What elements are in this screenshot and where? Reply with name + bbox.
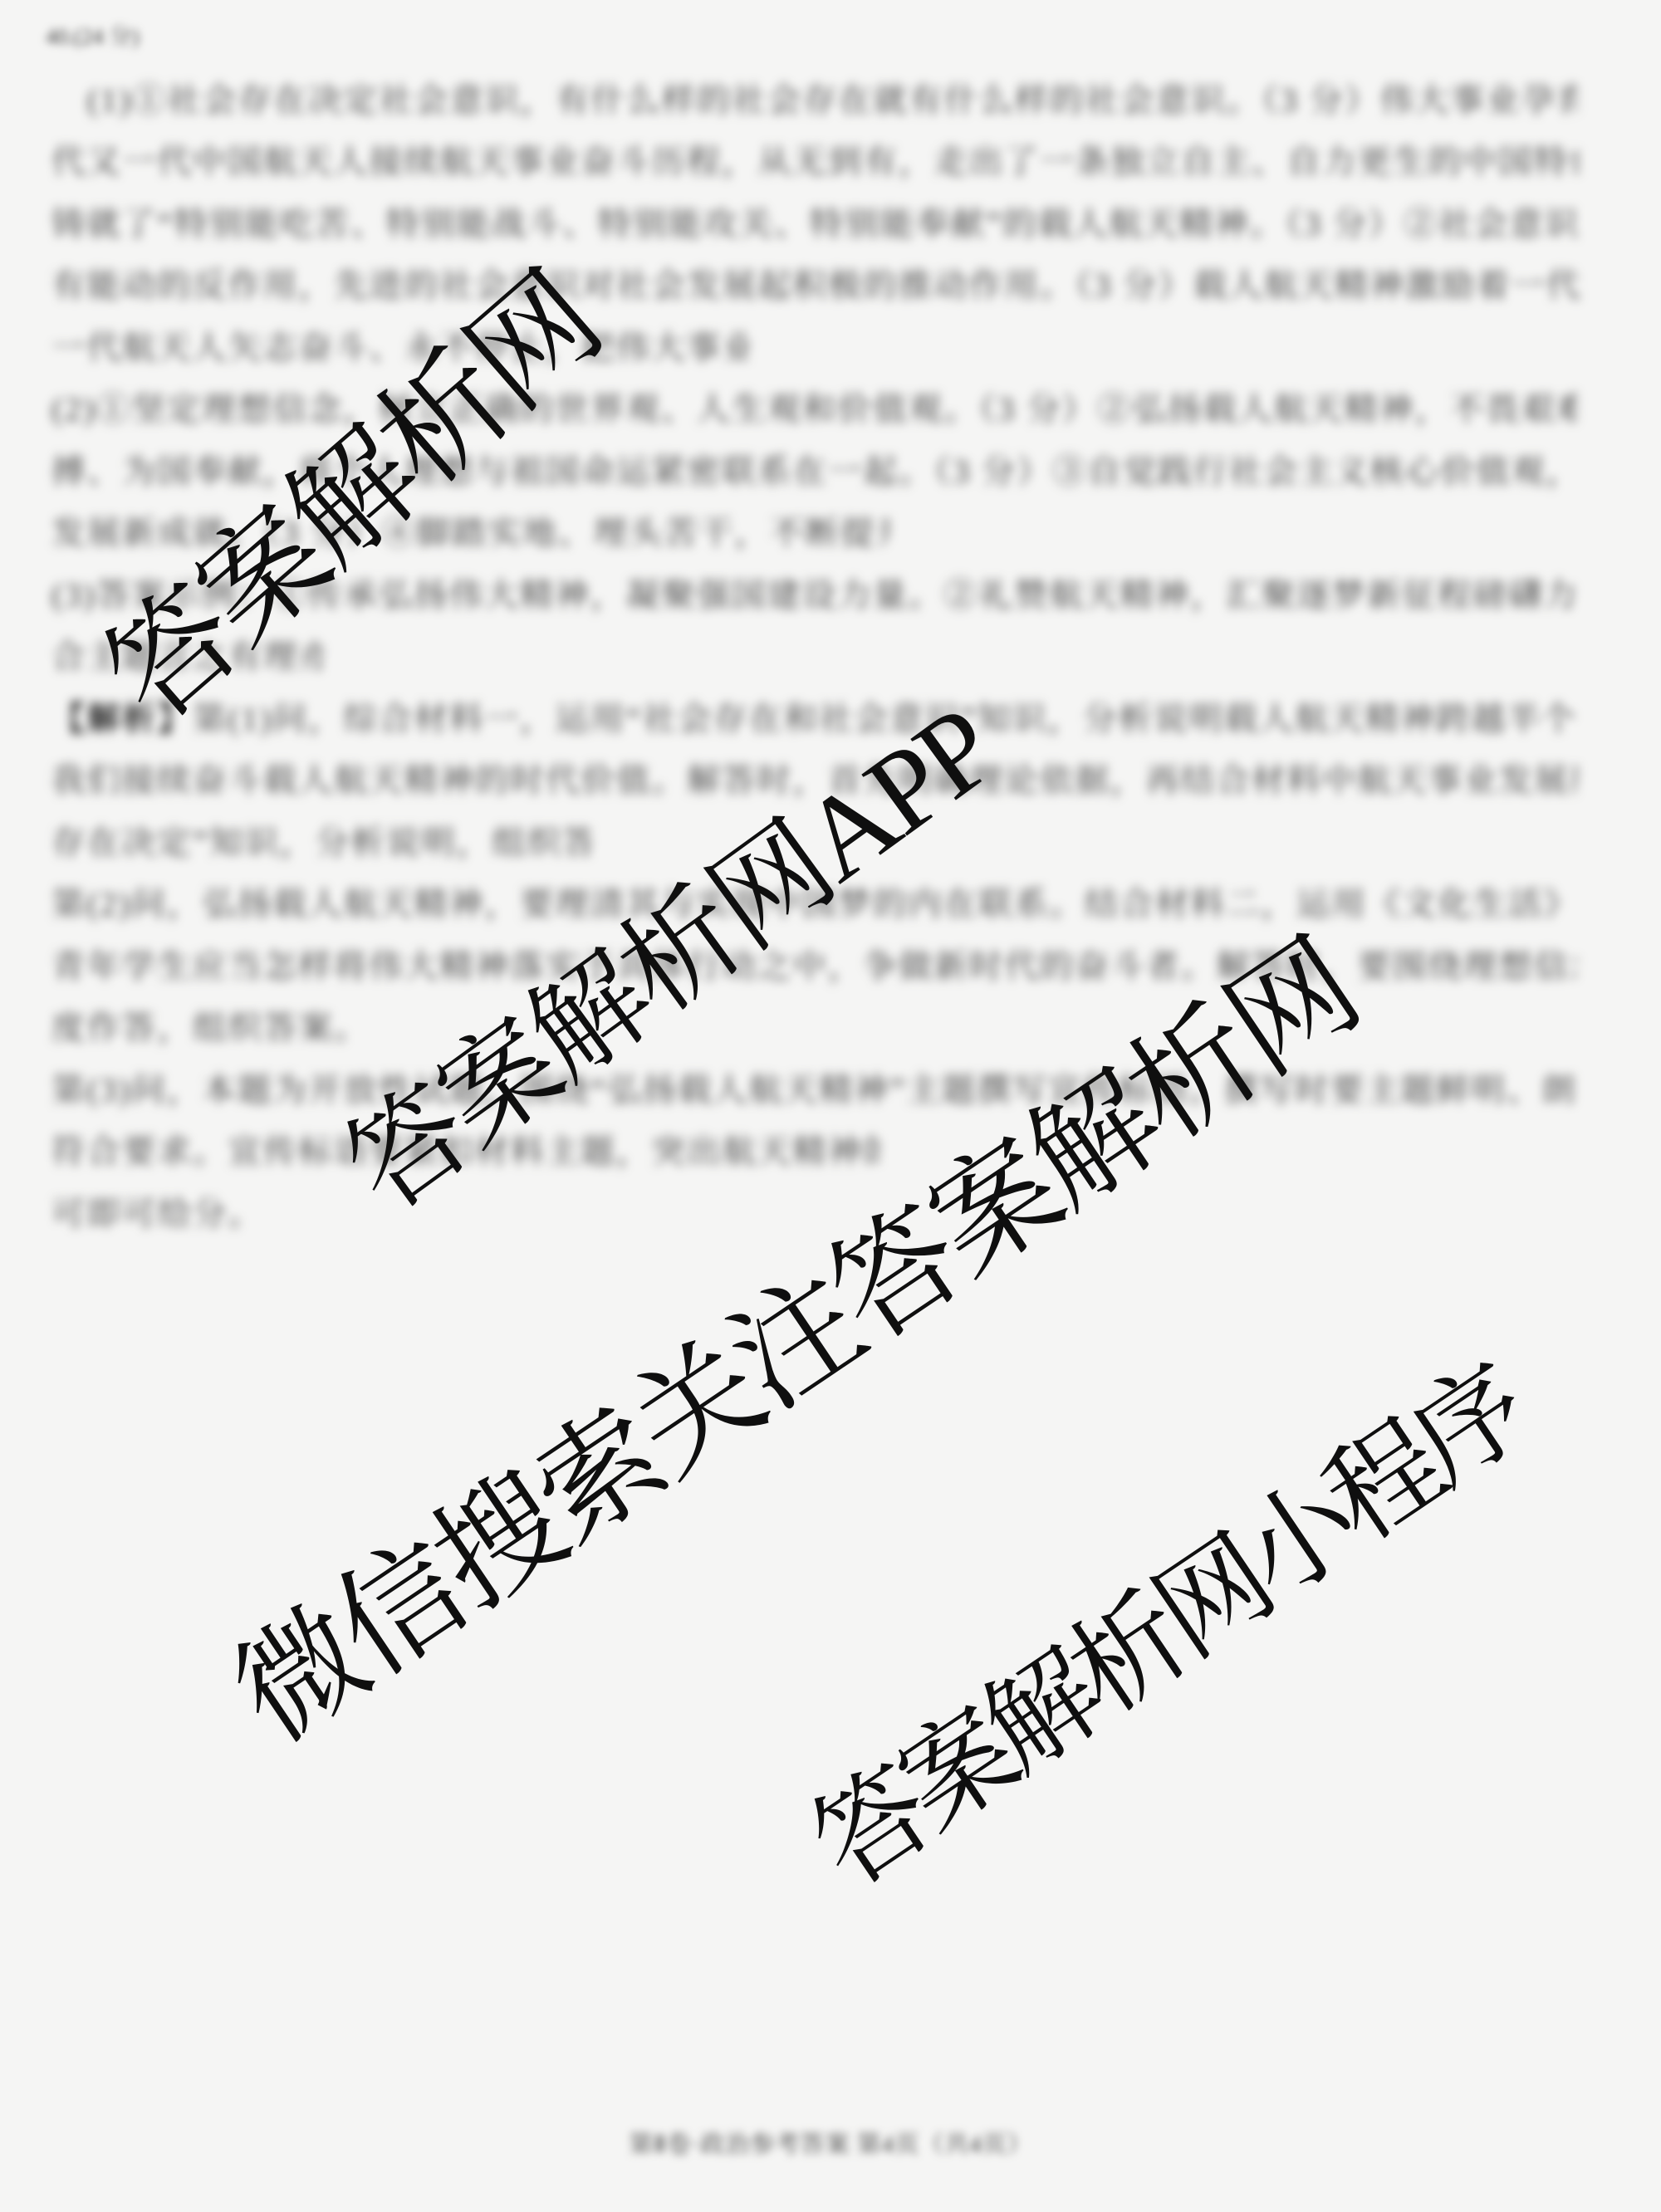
body-text-line: 可即可给分。 xyxy=(51,1195,249,1235)
body-text-line: (2)①坚定理想信念，树立正确的世界观、人生观和价值观。（3 分）②弘扬载人航天… xyxy=(51,390,1578,430)
body-text-line: 第(2)问，弘扬载人航天精神，要理清其与实现中国梦的内在联系。结合材料二，运用《… xyxy=(51,885,1578,925)
body-text-line: (1)①社会存在决定社会意识，有什么样的社会存在就有什么样的社会意识。（3 分）… xyxy=(87,81,1578,121)
body-text-line: 度作答，组织答案。 xyxy=(51,1009,365,1049)
body-text-line: 铸就了“特别能吃苦、特别能战斗、特别能攻关、特别能奉献”的载人航天精神。（3 分… xyxy=(51,205,1578,245)
blurred-body-text: (1)①社会存在决定社会意识，有什么样的社会存在就有什么样的社会意识。（3 分）… xyxy=(0,0,1661,2212)
body-text-line: 发展新成就。（3 分）④脚踏实地、埋头苦干，不断提升自身素质，实现全面发展。（2… xyxy=(51,514,889,554)
body-text-line: 符合要求。宣传标语要紧扣材料主题，突出航天精神的时代价值，符合题意即 xyxy=(51,1133,880,1172)
body-text-line: 合主题言之有理亦可给分。） xyxy=(51,638,324,678)
body-text-line: 青年学生应当怎样将伟大精神落实于具体行动之中，争做新时代的奋斗者。解答时，要围绕… xyxy=(51,947,1578,987)
body-text-line: 一代航天人矢志奋斗、永不停止，把伟大事业不断推向前进，实现中华民族伟大复兴。（2… xyxy=(51,329,749,369)
body-text-line: (3)答案示例：①传承弘扬伟大精神，凝聚强国建设力量。②礼赞航天精神，汇聚逐梦新… xyxy=(51,576,1578,616)
body-text-line: 【解析】第(1)问，综合材料一，运用“社会存在和社会意识”知识，分析说明载人航天… xyxy=(51,700,1578,740)
footer-page-label: 第Ⅱ卷·政治参考答案 第4页（共4页） xyxy=(581,2126,1080,2160)
body-text-line: 存在决定”知识，分析说明，组织答案。 xyxy=(51,824,591,864)
body-text-line: 有能动的反作用，先进的社会意识对社会发展起积极的推动作用。（3 分）载人航天精神… xyxy=(51,267,1578,306)
body-text-line: 代又一代中国航天人接续航天事业奋斗历程，从无到有，走出了一条独立自主、自力更生的… xyxy=(51,143,1578,183)
document-page: 40.(24 分) (1)①社会存在决定社会意识，有什么样的社会存在就有什么样的… xyxy=(0,0,1661,2212)
body-text-line: 搏、为国奉献，将个人理想与祖国命运紧密联系在一起。（3 分）③自觉践行社会主义核… xyxy=(51,453,1578,492)
body-text-line: 第(3)问，本题为开放性试题，围绕“弘扬载人航天精神”主题撰写宣传标语。撰写时要… xyxy=(51,1071,1578,1111)
body-text-line: 我们接续奋斗载人航天精神的时代价值。解答时，首先明确理论依据，再结合材料中航天事… xyxy=(51,761,1578,801)
